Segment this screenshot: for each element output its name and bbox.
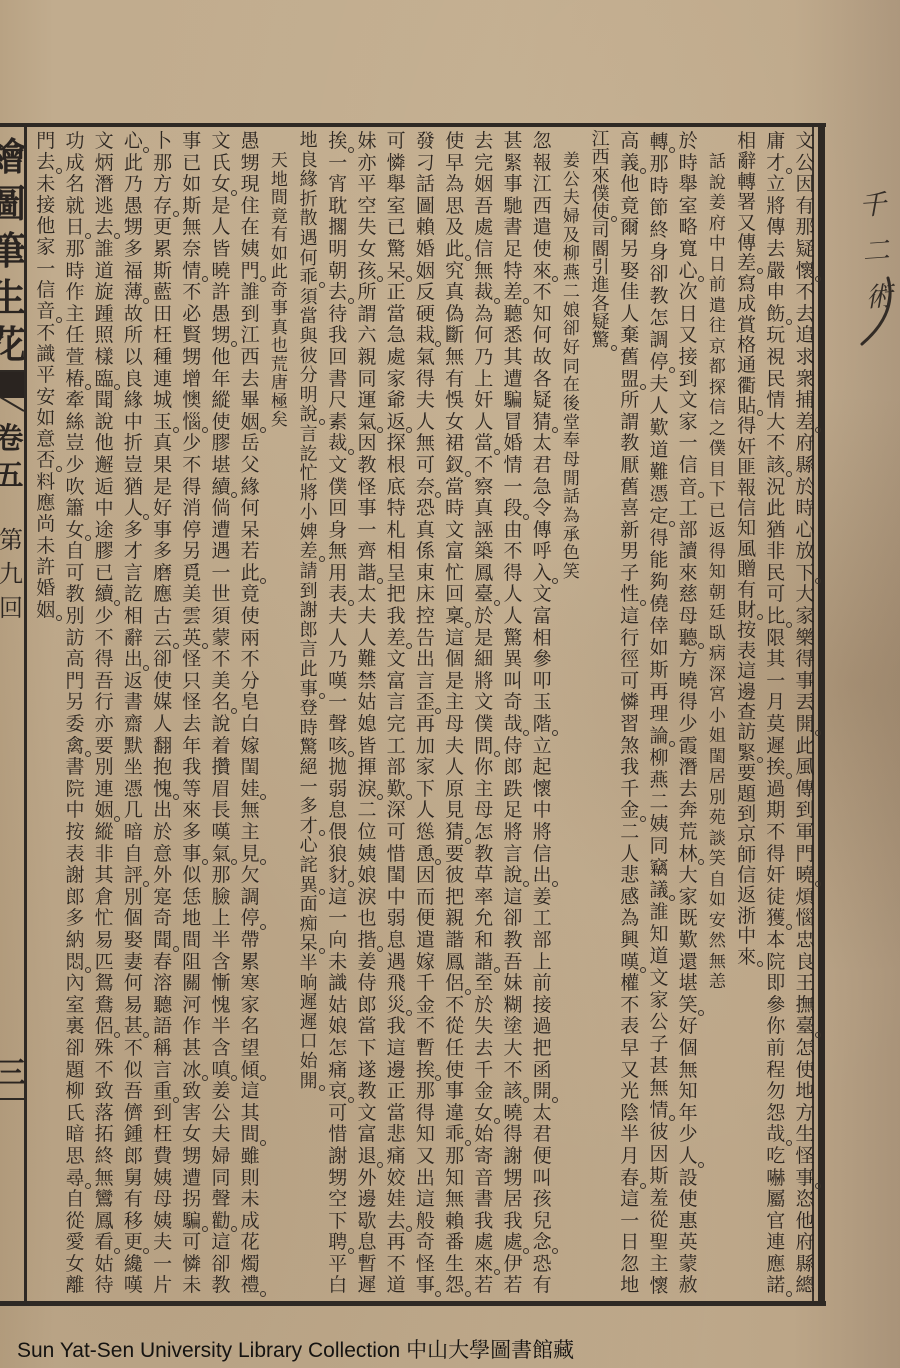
text-column: 於時舉室略寬心。次日又接到文家一信音。工部讀來慈母聽。方曉得少霞潛去奔荒林。大家… [673, 131, 703, 1297]
glyph: 喜 [615, 498, 645, 520]
glyph: 逃 [89, 196, 119, 218]
glyph: 忙 [89, 908, 119, 930]
glyph: 到 [790, 800, 820, 822]
glyph: 他 [206, 347, 236, 369]
glyph: 那 [60, 239, 90, 261]
glyph: 良 [294, 151, 324, 171]
glyph: 裙 [440, 433, 470, 455]
glyph: 猶 [761, 520, 791, 542]
glyph: 捕 [790, 390, 820, 412]
glyph: 風 [790, 757, 820, 779]
glyph: 無 [410, 433, 440, 455]
glyph: 費 [148, 1146, 178, 1168]
glyph: 便 [527, 1146, 557, 1168]
glyph: 從 [440, 1016, 470, 1038]
glyph: 歎 [673, 930, 703, 952]
glyph: 飛 [381, 973, 411, 995]
glyph: 到 [148, 1103, 178, 1125]
glyph: 立 [761, 174, 791, 196]
glyph: 閒 [556, 470, 586, 489]
glyph: 牽 [60, 390, 90, 412]
glyph: 叫 [498, 671, 528, 693]
glyph: 工 [527, 908, 557, 930]
glyph: 英 [673, 1232, 703, 1254]
glyph: 男 [615, 541, 645, 563]
glyph: 擱 [323, 217, 353, 239]
glyph: 院 [60, 779, 90, 801]
glyph: 金 [410, 995, 440, 1017]
glyph: 將 [469, 671, 499, 693]
glyph: 前 [527, 973, 557, 995]
glyph: 後 [556, 395, 586, 414]
glyph: 燭 [235, 1254, 265, 1276]
glyph: 可 [381, 131, 411, 153]
glyph: 這 [732, 661, 762, 681]
glyph: 人 [498, 584, 528, 606]
glyph: 翻 [148, 736, 178, 758]
glyph: 使 [148, 671, 178, 693]
glyph: 一 [323, 908, 353, 930]
glyph: 不 [381, 1254, 411, 1276]
glyph: 寒 [235, 973, 265, 995]
glyph: 君 [527, 1124, 557, 1146]
glyph: 淚 [352, 887, 382, 909]
glyph: 不 [790, 282, 820, 304]
glyph: 時 [60, 261, 90, 283]
glyph: 遭 [177, 1168, 207, 1190]
glyph: 媒 [148, 692, 178, 714]
glyph: 跌 [498, 779, 528, 801]
glyph: 人 [206, 217, 236, 239]
glyph: 曉 [673, 671, 703, 693]
glyph: 如 [31, 408, 61, 429]
glyph: 一 [206, 563, 236, 585]
glyph: 方 [673, 649, 703, 671]
glyph: 明 [323, 239, 353, 261]
glyph: 中 [732, 926, 762, 946]
glyph: 賢 [177, 325, 207, 347]
glyph: 江 [527, 174, 557, 196]
glyph: 多 [118, 239, 148, 261]
glyph: 病 [702, 644, 732, 665]
glyph: 鳳 [440, 952, 470, 974]
glyph: 感 [615, 887, 645, 909]
glyph: 因 [352, 433, 382, 455]
glyph: 厭 [615, 455, 645, 477]
glyph: 那 [206, 865, 236, 887]
glyph: 使 [673, 1189, 703, 1211]
glyph: 室 [60, 995, 90, 1017]
glyph: 屬 [761, 1189, 791, 1211]
glyph: 笑 [702, 849, 732, 870]
glyph: 緣 [294, 170, 324, 190]
glyph: 探 [381, 433, 411, 455]
glyph: 話 [702, 152, 732, 173]
glyph: 前 [761, 1038, 791, 1060]
glyph: 然 [702, 931, 732, 952]
glyph: 由 [498, 520, 528, 542]
glyph: 位 [352, 822, 382, 844]
glyph: 居 [498, 1189, 528, 1211]
glyph: 往 [702, 316, 732, 337]
glyph: 把 [527, 1038, 557, 1060]
glyph: 探 [702, 378, 732, 399]
glyph: 良 [118, 369, 148, 391]
glyph: 萱 [60, 347, 90, 369]
glyph: 纔 [118, 1254, 148, 1276]
glyph: 女 [60, 1254, 90, 1276]
glyph: 況 [761, 477, 791, 499]
glyph: 悞 [440, 390, 470, 412]
glyph: 足 [498, 239, 528, 261]
glyph: 驚 [294, 738, 324, 758]
glyph: 遂 [352, 1060, 382, 1082]
glyph: 自 [702, 870, 732, 891]
glyph: 信 [732, 865, 762, 885]
glyph: 任 [440, 1038, 470, 1060]
glyph: 深 [381, 800, 411, 822]
glyph: 調 [644, 329, 674, 351]
glyph: 甥 [323, 1168, 353, 1190]
glyph: 道 [381, 1275, 411, 1297]
glyph: 家 [673, 887, 703, 909]
glyph: 婚 [498, 433, 528, 455]
glyph: 折 [294, 190, 324, 210]
glyph: 驚 [498, 628, 528, 650]
glyph: 住 [235, 196, 265, 218]
glyph: 無 [673, 1060, 703, 1082]
glyph: 口 [294, 1032, 324, 1052]
text-column: 相辭轉署又傳差。寫成賞格通衢貼。得奸匪報信知風贈有財。按表這邊查訪緊。要題到京師… [732, 131, 762, 967]
glyph: 親 [352, 347, 382, 369]
glyph: 金 [469, 1081, 499, 1103]
glyph: 可 [60, 563, 90, 585]
glyph: 皆 [206, 239, 236, 261]
glyph: 時 [790, 498, 820, 520]
glyph: 各 [527, 369, 557, 391]
glyph: 慈 [673, 584, 703, 606]
glyph: 多 [177, 822, 207, 844]
glyph: 拋 [323, 757, 353, 779]
glyph: 文 [323, 455, 353, 477]
glyph: 撫 [790, 995, 820, 1017]
glyph: 返 [702, 521, 732, 542]
glyph: 已 [702, 501, 732, 522]
glyph: 早 [440, 153, 470, 175]
glyph: 待 [323, 304, 353, 326]
glyph: 姜 [702, 193, 732, 214]
glyph: 情 [498, 455, 528, 477]
glyph: 地 [177, 908, 207, 930]
glyph: 也 [352, 908, 382, 930]
glyph: 訪 [60, 628, 90, 650]
glyph: 偽 [440, 304, 470, 326]
glyph: 匪 [732, 457, 762, 477]
glyph: 折 [118, 433, 148, 455]
glyph: 皂 [235, 692, 265, 714]
glyph: 回 [323, 347, 353, 369]
glyph: 多 [294, 797, 324, 817]
glyph: 憐 [615, 692, 645, 714]
glyph: 不 [177, 455, 207, 477]
glyph: 加 [410, 736, 440, 758]
glyph: 那 [790, 217, 820, 239]
glyph: 另 [177, 541, 207, 563]
glyph: 宵 [323, 174, 353, 196]
glyph: 必 [177, 304, 207, 326]
glyph: 妻 [118, 952, 148, 974]
glyph: 向 [323, 930, 353, 952]
glyph: 那 [148, 153, 178, 175]
glyph: 夠 [644, 571, 674, 593]
glyph: 奉 [556, 432, 586, 451]
glyph: 我 [381, 1016, 411, 1038]
glyph: 名 [60, 174, 90, 196]
glyph: 如 [702, 890, 732, 911]
glyph: 燕 [556, 264, 586, 283]
glyph: 夫 [644, 373, 674, 395]
scanned-book-page: 繪圖筆生花 卷五 第九回 三 文公因有那疑懷。不去追求衆捕差。府縣於時心放下。大… [0, 0, 900, 1368]
glyph: 書 [498, 217, 528, 239]
glyph: 時 [294, 719, 324, 739]
glyph: 我 [615, 757, 645, 779]
glyph: 縣 [790, 1254, 820, 1276]
glyph: 堪 [206, 455, 236, 477]
glyph: 怎 [469, 822, 499, 844]
glyph: 風 [732, 539, 762, 559]
glyph: 早 [615, 1038, 645, 1060]
collection-watermark: Sun Yat-Sen University Library Collectio… [17, 1340, 574, 1362]
glyph: 好 [556, 339, 586, 358]
glyph: 夫 [323, 606, 353, 628]
glyph: 羞 [644, 1187, 674, 1209]
glyph: 疑 [790, 239, 820, 261]
glyph: 怪 [790, 1146, 820, 1168]
glyph: 娘 [352, 865, 382, 887]
glyph: 二 [644, 791, 674, 813]
glyph: 限 [761, 628, 791, 650]
glyph: 成 [60, 153, 90, 175]
glyph: 書 [60, 757, 90, 779]
glyph: 移 [118, 1211, 148, 1233]
glyph: 斯 [148, 261, 178, 283]
glyph: 遲 [294, 993, 324, 1013]
glyph: 千 [410, 973, 440, 995]
glyph: 察 [469, 477, 499, 499]
glyph: 縱 [206, 390, 236, 412]
glyph: 奸 [732, 437, 762, 457]
glyph: 細 [469, 649, 499, 671]
glyph: 爺 [381, 390, 411, 412]
glyph: 河 [177, 995, 207, 1017]
glyph: 這 [206, 1232, 236, 1254]
text-column: 可憐舉室已驚呆。正當急處家爺返。探根底特札相呈把我差。文富言完工部歎。深可惜閨中… [381, 131, 411, 1297]
glyph: 任 [60, 325, 90, 347]
glyph: 恐 [410, 498, 440, 520]
glyph: 人 [469, 412, 499, 434]
glyph: 千 [615, 779, 645, 801]
glyph: 娃 [381, 1189, 411, 1211]
glyph: 京 [732, 824, 762, 844]
glyph: 富 [381, 671, 411, 693]
glyph: 得 [673, 692, 703, 714]
glyph: 信 [31, 280, 61, 301]
glyph: 不 [177, 282, 207, 304]
glyph: 承 [556, 526, 586, 545]
glyph: 從 [644, 1209, 674, 1231]
glyph: 追 [790, 325, 820, 347]
glyph: 別 [89, 757, 119, 779]
glyph: 寫 [732, 274, 762, 294]
glyph: 有 [732, 580, 762, 600]
glyph: 如 [264, 245, 294, 264]
glyph: 娶 [118, 930, 148, 952]
glyph: 婦 [556, 208, 586, 227]
glyph: 旋 [89, 282, 119, 304]
glyph: 聽 [498, 304, 528, 326]
glyph: 應 [761, 1254, 791, 1276]
glyph: 似 [118, 1060, 148, 1082]
glyph: 讀 [673, 541, 703, 563]
glyph: 緣 [235, 477, 265, 499]
glyph: 言 [294, 425, 324, 445]
glyph: 女 [177, 1124, 207, 1146]
glyph: 只 [177, 671, 207, 693]
glyph: 惜 [323, 1124, 353, 1146]
glyph: 弱 [381, 908, 411, 930]
glyph: 懷 [644, 1275, 674, 1297]
glyph: 文 [206, 131, 236, 153]
glyph: 一 [673, 433, 703, 455]
glyph: 此 [790, 736, 820, 758]
glyph: 轉 [732, 172, 762, 192]
glyph: 阻 [177, 952, 207, 974]
glyph: 若 [469, 1275, 499, 1297]
glyph: 這 [440, 628, 470, 650]
glyph: 聲 [206, 1189, 236, 1211]
glyph: 將 [498, 822, 528, 844]
glyph: 則 [235, 1168, 265, 1190]
text-column: 功成名就日。那時作主任萱椿。牽絲豈少吹簫女。自可教別訪高門另委禽。書院中按表謝郎… [60, 131, 90, 1297]
glyph: 愛 [60, 1232, 90, 1254]
glyph: 唐 [264, 374, 294, 393]
glyph: 富 [440, 541, 470, 563]
glyph: 世 [206, 584, 236, 606]
glyph: 侍 [498, 736, 528, 758]
glyph: 安 [31, 387, 61, 408]
glyph: 夫 [206, 1124, 236, 1146]
handwritten-stroke [848, 270, 898, 350]
glyph: 半 [294, 954, 324, 974]
glyph: 潛 [673, 757, 703, 779]
glyph: 同 [556, 358, 586, 377]
glyph: 遲 [352, 1275, 382, 1297]
glyph: 在 [556, 376, 586, 395]
glyph: 尺 [323, 390, 353, 412]
glyph: 驚 [381, 239, 411, 261]
glyph: 相 [732, 131, 762, 151]
glyph: 更 [148, 217, 178, 239]
glyph: 竟 [235, 584, 265, 606]
glyph: 嘆 [206, 822, 236, 844]
glyph: 奇 [498, 692, 528, 714]
glyph: 自 [118, 844, 148, 866]
glyph: 談 [702, 829, 732, 850]
glyph: 來 [177, 800, 207, 822]
glyph: 彼 [644, 1121, 674, 1143]
glyph: 使 [440, 1060, 470, 1082]
glyph: 事 [440, 1081, 470, 1103]
glyph: 他 [790, 1211, 820, 1233]
glyph: 可 [177, 1232, 207, 1254]
glyph: 何 [235, 498, 265, 520]
glyph: 徑 [615, 649, 645, 671]
glyph: 疑 [527, 390, 557, 412]
glyph: 乃 [118, 174, 148, 196]
glyph: 晌 [294, 974, 324, 994]
glyph: 功 [60, 131, 90, 153]
glyph: 多 [60, 908, 90, 930]
glyph: 正 [381, 1081, 411, 1103]
text-column: 忽報江西遣使來。不知何故各疑猜。太君急令傳呼入。文富相參叩玉階。立起懷中將信出。… [527, 131, 557, 1297]
glyph: 非 [761, 541, 791, 563]
glyph: 卻 [556, 320, 586, 339]
glyph: 雖 [235, 1146, 265, 1168]
glyph: 要 [440, 844, 470, 866]
glyph: 相 [118, 606, 148, 628]
glyph: 遲 [294, 1013, 324, 1033]
glyph: 朝 [702, 583, 732, 604]
glyph: 不 [469, 455, 499, 477]
glyph: 料 [31, 472, 61, 493]
glyph: 傳 [527, 520, 557, 542]
glyph: 千 [469, 1060, 499, 1082]
glyph: 甚 [498, 131, 528, 153]
glyph: 地 [790, 1081, 820, 1103]
glyph: 閨 [702, 747, 732, 768]
glyph: 心 [294, 836, 324, 856]
glyph: 累 [235, 952, 265, 974]
glyph: 赦 [673, 1275, 703, 1297]
glyph: 與 [294, 327, 324, 347]
glyph: 再 [644, 681, 674, 703]
glyph: 傳 [790, 779, 820, 801]
glyph: 色 [556, 544, 586, 563]
glyph: 那 [410, 1081, 440, 1103]
glyph: 因 [644, 1143, 674, 1165]
glyph: 姨 [235, 239, 265, 261]
glyph: 怪 [410, 1254, 440, 1276]
glyph: 分 [235, 671, 265, 693]
glyph: 文 [527, 584, 557, 606]
glyph: 美 [177, 584, 207, 606]
glyph: 處 [381, 347, 411, 369]
glyph: 已 [381, 217, 411, 239]
bottom-border-rule [0, 1301, 826, 1306]
glyph: 亦 [352, 153, 382, 175]
glyph: 衢 [732, 376, 762, 396]
text-column: 甚緊事馳書足特差。聽悉其遭騙冒婚情一段。由不得人人驚異叫奇哉。侍郎跌足將言說。這… [498, 131, 528, 1297]
glyph: 才 [118, 541, 148, 563]
glyph: 不 [89, 1060, 119, 1082]
glyph: 回 [440, 584, 470, 606]
glyph: 卻 [206, 1254, 236, 1276]
glyph: 於 [469, 606, 499, 628]
glyph: 恁 [177, 887, 207, 909]
glyph: 悲 [615, 865, 645, 887]
glyph: 不 [235, 649, 265, 671]
glyph: 太 [527, 433, 557, 455]
